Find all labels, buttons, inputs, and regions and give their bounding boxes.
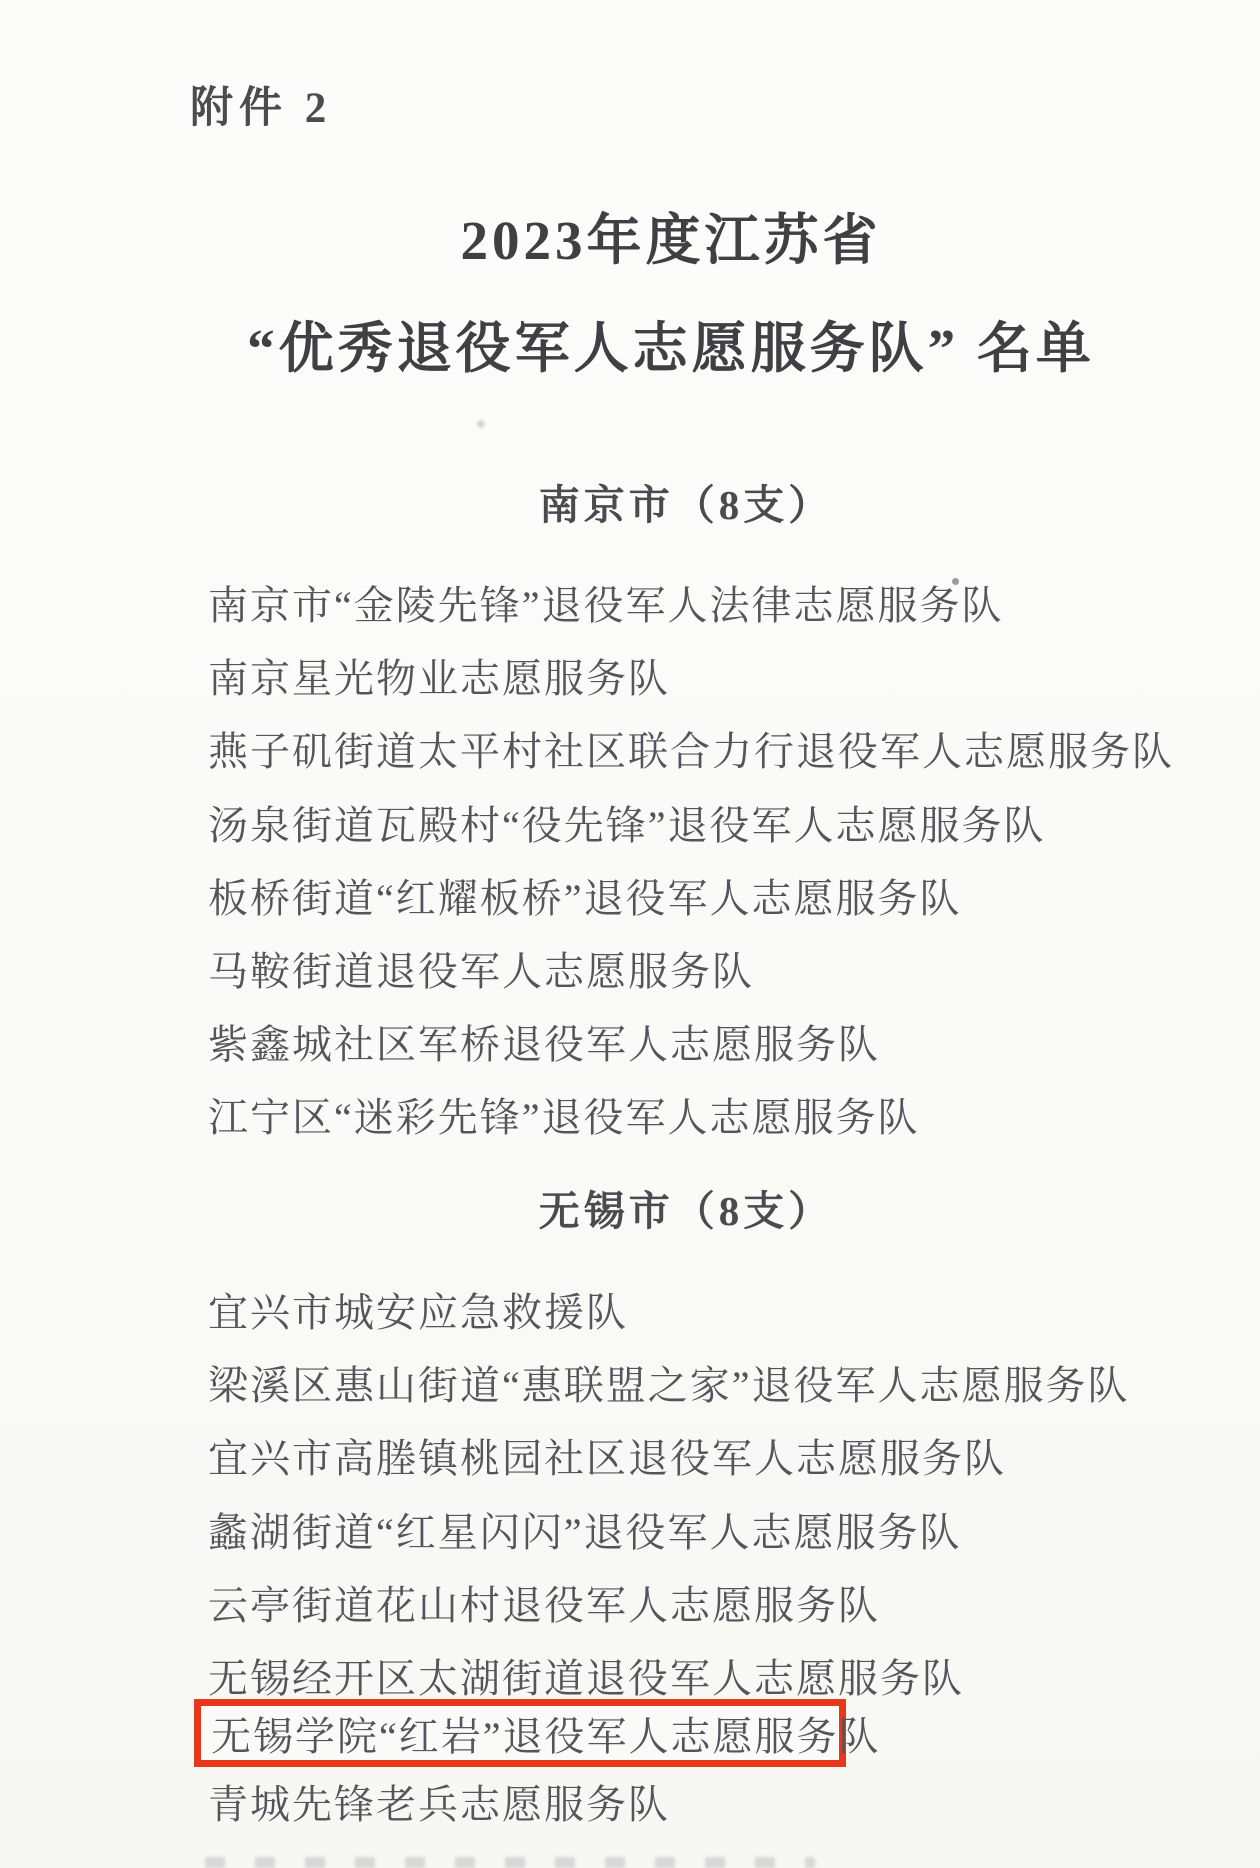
list-item: 宜兴市高塍镇桃园社区退役军人志愿服务队 [208,1436,1006,1482]
list-item: 紫鑫城社区军桥退役军人志愿服务队 [208,1022,880,1068]
list-item: 燕子矶街道太平村社区联合力行退役军人志愿服务队 [208,729,1174,775]
list-item: 无锡经开区太湖街道退役军人志愿服务队 [208,1656,964,1702]
list-item: 云亭街道花山村退役军人志愿服务队 [208,1583,880,1629]
section-heading: 南京市（8支） [0,472,1260,531]
list-item: 汤泉街道瓦殿村“役先锋”退役军人志愿服务队 [208,803,1046,849]
list-item: 宜兴市城安应急救援队 [208,1290,628,1336]
list-item: 青城先锋老兵志愿服务队 [208,1782,670,1828]
attachment-label: 附件 2 [190,74,332,135]
list-item: 马鞍街道退役军人志愿服务队 [208,949,754,995]
cutoff-next-line-artifact [205,1857,815,1868]
scan-artifact-dot [952,578,959,585]
list-item: 南京星光物业志愿服务队 [208,656,670,702]
document-page: 附件 2 2023年度江苏省 “优秀退役军人志愿服务队” 名单 南京市（8支）南… [0,0,1260,1868]
list-item: 江宁区“迷彩先锋”退役军人志愿服务队 [208,1095,920,1141]
scan-artifact-dot [477,420,485,428]
list-item-highlighted: 无锡学院“红岩”退役军人志愿服务队 [201,1705,881,1762]
list-item: 板桥街道“红耀板桥”退役军人志愿服务队 [208,876,962,922]
section-heading: 无锡市（8支） [0,1178,1260,1237]
document-title-line1: 2023年度江苏省 [0,208,1260,274]
highlight-box: 无锡学院“红岩”退役军人志愿服务队 [194,1699,846,1767]
list-item: 南京市“金陵先锋”退役军人法律志愿服务队 [208,583,1004,629]
list-item: 蠡湖街道“红星闪闪”退役军人志愿服务队 [208,1510,962,1556]
list-item: 梁溪区惠山街道“惠联盟之家”退役军人志愿服务队 [208,1363,1130,1409]
document-title-line2: “优秀退役军人志愿服务队” 名单 [0,316,1260,382]
